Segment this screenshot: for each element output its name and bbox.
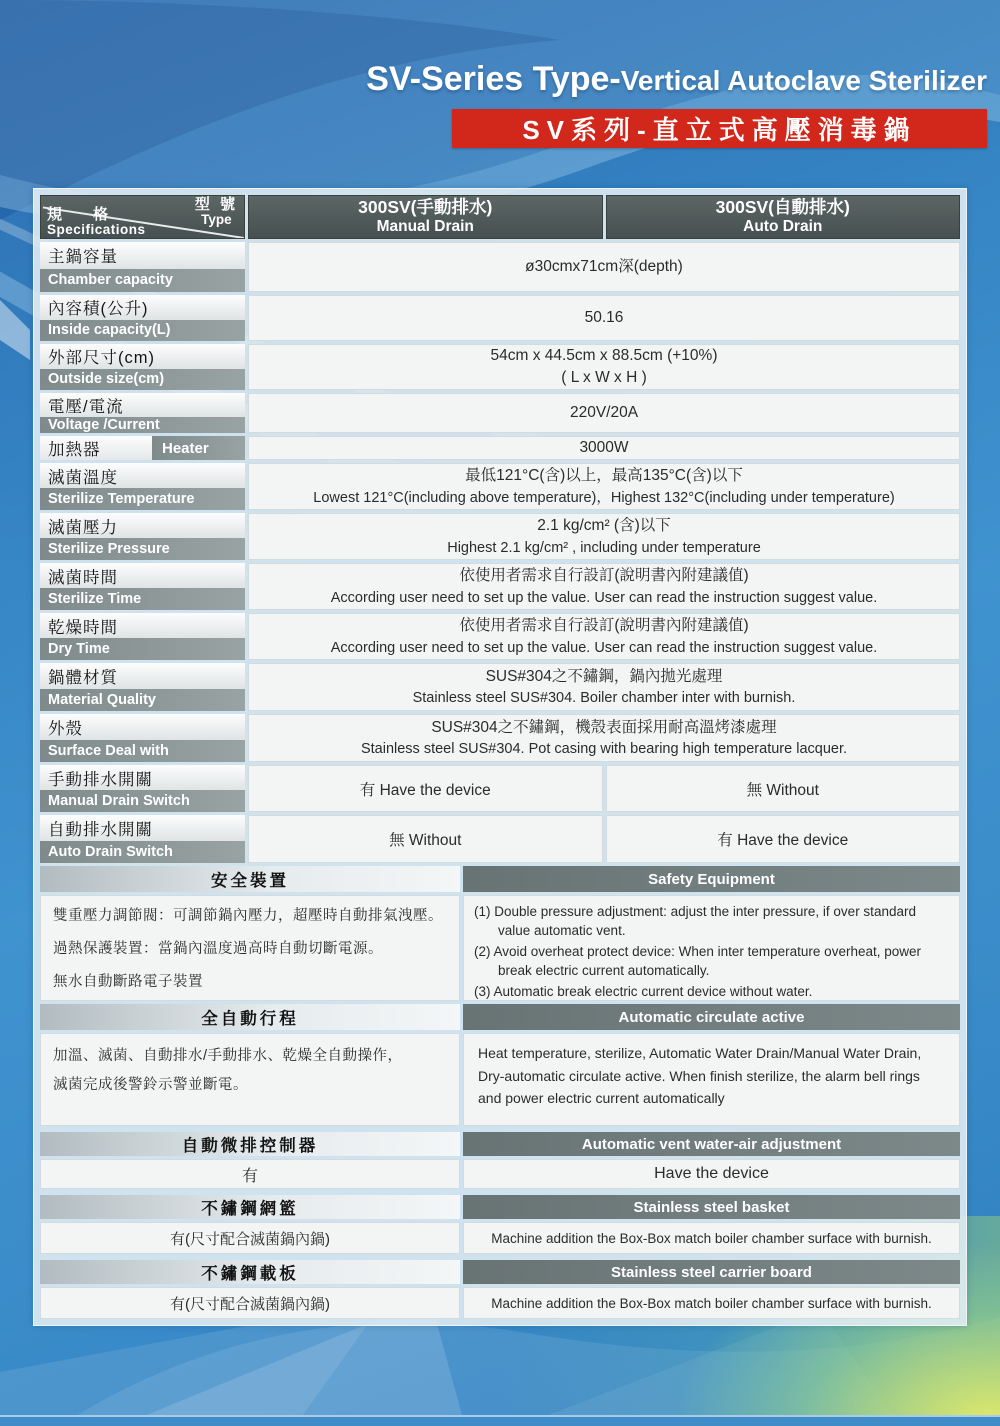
spec-panel: 型 號 Type 規 格 Specifications 300SV(手動排水) … [33,188,967,1326]
series-banner-text: SV系列-直立式高壓消毒鍋 [522,110,916,147]
spec-value: 3000W [579,437,628,459]
page-title: SV-Series Type-Vertical Autoclave Steril… [366,60,987,99]
row-dry-time: 乾燥時間Dry Time 依使用者需求自行設訂(說明書內附建議值)Accordi… [40,613,960,660]
circulate-desc-zh: 加溫、滅菌、自動排水/手動排水、乾燥全自動操作， 滅菌完成後警鈴示警並斷電。 [40,1033,460,1126]
brochure-page: SV-Series Type-Vertical Autoclave Steril… [0,0,1000,1426]
spec-value-auto: 有 Have the device [606,815,961,863]
spec-value: ø30cmx71cm深(depth) [525,256,683,278]
carrier-value-zh: 有(尺寸配合滅菌鍋內鍋) [40,1287,460,1319]
row-outside-size: 外部尺寸(cm)Outside size(cm) 54cm x 44.5cm x… [40,344,960,390]
spec-value-manual: 有 Have the device [248,765,603,812]
section-auto-vent: 自動微排控制器 Automatic vent water-air adjustm… [40,1132,960,1189]
corner-spec-label: 規 格 Specifications [47,207,146,237]
section-header-zh: 安全裝置 [40,866,460,892]
section-automatic-circulate: 全自動行程 Automatic circulate active 加溫、滅菌、自… [40,1004,960,1126]
table-corner-cell: 型 號 Type 規 格 Specifications [40,195,245,239]
carrier-value-en: Machine addition the Box-Box match boile… [463,1287,960,1319]
basket-value-zh: 有(尺寸配合滅菌鍋內鍋) [40,1222,460,1254]
title-series: SV-Series Type- [366,60,621,98]
section-header-en: Stainless steel basket [463,1195,960,1219]
spec-value: 50.16 [585,307,624,329]
bottom-edge-bar [0,1415,1000,1426]
row-manual-drain-switch: 手動排水開關Manual Drain Switch 有 Have the dev… [40,765,960,812]
section-header-en: Automatic circulate active [463,1004,960,1030]
section-header-zh: 不鏽鋼網籃 [40,1195,460,1219]
section-stainless-basket: 不鏽鋼網籃 Stainless steel basket 有(尺寸配合滅菌鍋內鍋… [40,1195,960,1254]
spec-value: 2.1 kg/cm² (含)以下 [537,515,670,537]
row-sterilize-time: 滅菌時間Sterilize Time 依使用者需求自行設訂(說明書內附建議值)A… [40,563,960,610]
spec-value: SUS#304之不鏽鋼，機殼表面採用耐高溫烤漆處理 [431,717,776,739]
row-sterilize-pressure: 滅菌壓力Sterilize Pressure 2.1 kg/cm² (含)以下H… [40,513,960,560]
section-header-en: Stainless steel carrier board [463,1260,960,1284]
row-voltage-current: 電壓/電流Voltage /Current 220V/20A [40,393,960,433]
section-header-en: Automatic vent water-air adjustment [463,1132,960,1156]
spec-value: 依使用者需求自行設訂(說明書內附建議值) [459,565,748,587]
section-header-zh: 自動微排控制器 [40,1132,460,1156]
section-carrier-board: 不鏽鋼載板 Stainless steel carrier board 有(尺寸… [40,1260,960,1319]
section-header-en: Safety Equipment [463,866,960,892]
corner-type-label: 型 號 Type [195,197,238,227]
spec-value: 最低121°C(含)以上，最高135°C(含)以下 [465,465,743,487]
title-product: Vertical Autoclave Sterilizer [621,65,987,96]
auto-vent-value-en: Have the device [463,1159,960,1189]
spec-value: SUS#304之不鏽鋼，鍋內拋光處理 [486,666,723,688]
spec-value-manual: 無 Without [248,815,603,863]
auto-vent-value-zh: 有 [40,1159,460,1189]
safety-items-en: (1) Double pressure adjustment: adjust t… [463,895,960,1001]
row-sterilize-temperature: 滅菌溫度Sterilize Temperature 最低121°C(含)以上，最… [40,463,960,510]
row-heater: 加熱器Heater 3000W [40,436,960,460]
row-auto-drain-switch: 自動排水開關Auto Drain Switch 無 Without 有 Have… [40,815,960,863]
safety-items-zh: 雙重壓力調節閥：可調節鍋內壓力，超壓時自動排氣洩壓。 過熱保護裝置：當鍋內溫度過… [40,895,460,1001]
spec-value: 依使用者需求自行設訂(說明書內附建議值) [459,615,748,637]
series-banner: SV系列-直立式高壓消毒鍋 [452,109,987,148]
column-header-auto-drain: 300SV(自動排水) Auto Drain [606,195,961,239]
spec-value: 220V/20A [570,402,638,424]
row-inside-capacity: 內容積(公升)Inside capacity(L) 50.16 [40,295,960,341]
row-surface-deal: 外殼Surface Deal with SUS#304之不鏽鋼，機殼表面採用耐高… [40,714,960,762]
spec-value-auto: 無 Without [606,765,961,812]
table-header-row: 型 號 Type 規 格 Specifications 300SV(手動排水) … [40,195,960,239]
column-header-manual-drain: 300SV(手動排水) Manual Drain [248,195,603,239]
section-safety-equipment: 安全裝置 Safety Equipment 雙重壓力調節閥：可調節鍋內壓力，超壓… [40,866,960,1001]
row-material-quality: 鍋體材質Material Quality SUS#304之不鏽鋼，鍋內拋光處理S… [40,663,960,711]
spec-table: 型 號 Type 規 格 Specifications 300SV(手動排水) … [40,195,960,1319]
section-header-zh: 全自動行程 [40,1004,460,1030]
section-header-zh: 不鏽鋼載板 [40,1260,460,1284]
spec-value: 54cm x 44.5cm x 88.5cm (+10%) [491,345,718,367]
circulate-desc-en: Heat temperature, sterilize, Automatic W… [463,1033,960,1126]
basket-value-en: Machine addition the Box-Box match boile… [463,1222,960,1254]
row-chamber-capacity: 主鍋容量Chamber capacity ø30cmx71cm深(depth) [40,242,960,292]
